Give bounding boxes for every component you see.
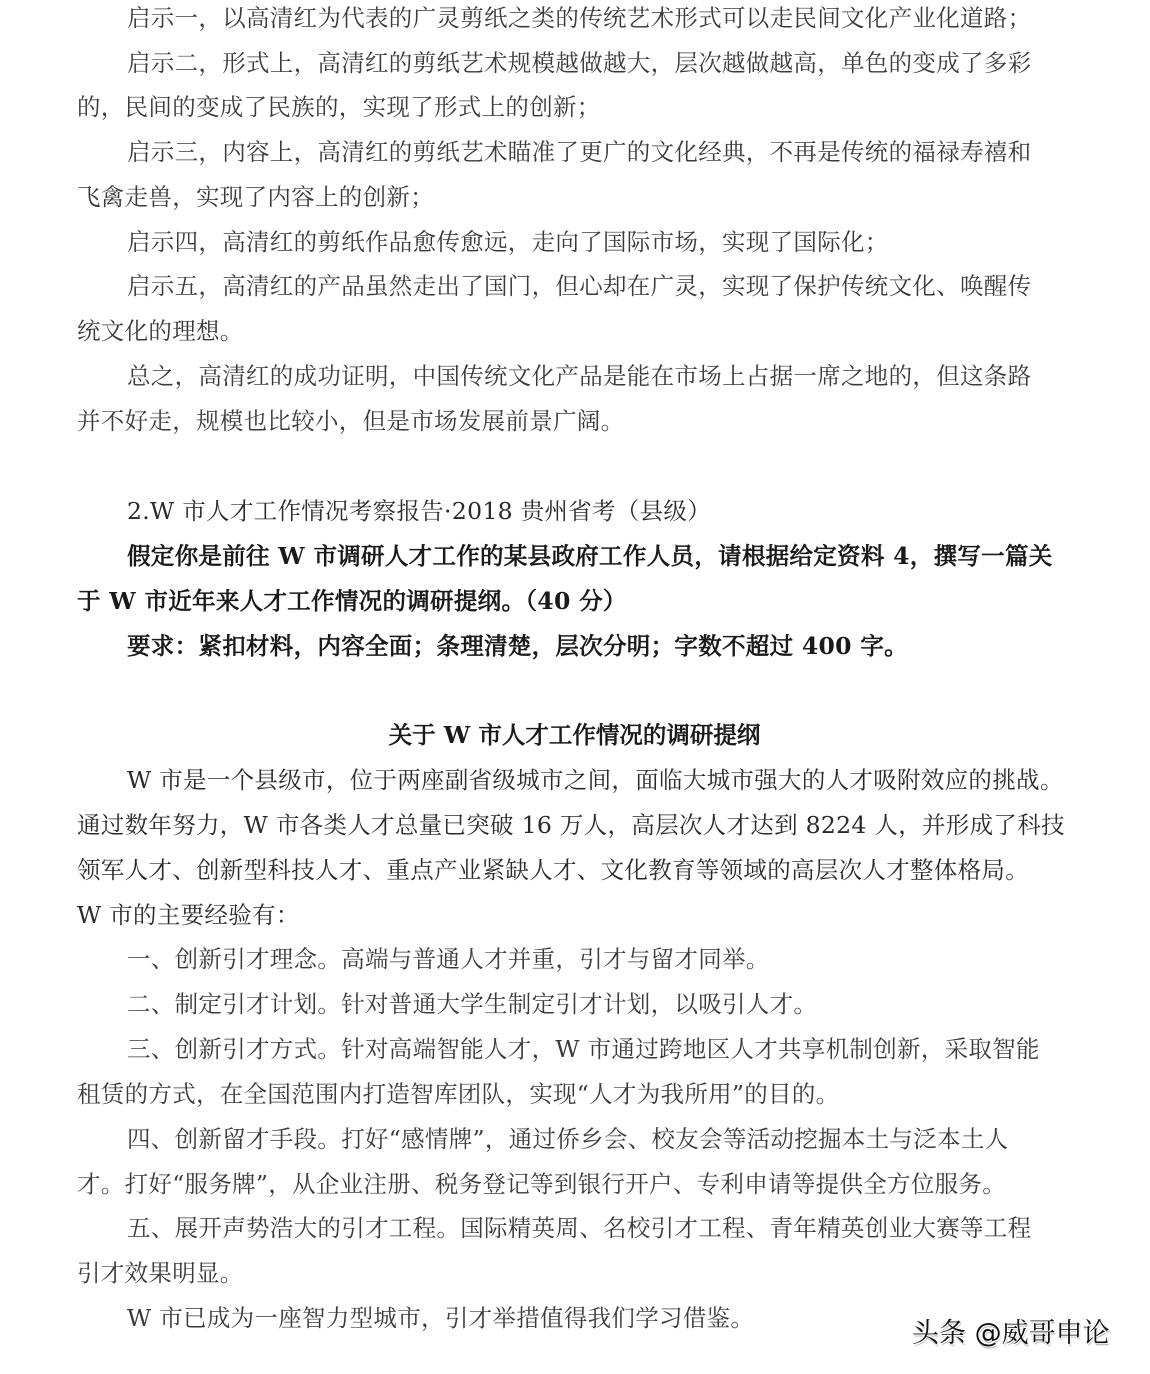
answer-title: 关于 W 市人才工作情况的调研提纲	[77, 720, 1072, 750]
answer-intro-line-1: W 市是一个县级市，位于两座副省级城市之间，面临大城市强大的人才吸附效应的挑战。	[127, 765, 1064, 795]
question-heading: 2.W 市人才工作情况考察报告·2018 贵州省考（县级）	[127, 496, 711, 526]
insight-4-line-1: 启示四，高清红的剪纸作品愈传愈远，走向了国际市场，实现了国际化；	[127, 227, 889, 257]
insight-5-line-2: 统文化的理想。	[77, 316, 244, 346]
insight-5-line-1: 启示五，高清红的产品虽然走出了国门，但心却在广灵，实现了保护传统文化、唤醒传	[127, 271, 1031, 301]
insight-3-line-1: 启示三，内容上，高清红的剪纸艺术瞄准了更广的文化经典，不再是传统的福禄寿禧和	[127, 137, 1031, 167]
insight-2-line-1: 启示二，形式上，高清红的剪纸艺术规模越做越大，层次越做越高，单色的变成了多彩	[127, 48, 1031, 78]
question-prompt-line-2: 于 W 市近年来人才工作情况的调研提纲。（40 分）	[77, 586, 627, 616]
point-1-line-1: 一、创新引才理念。高端与普通人才并重，引才与留才同举。	[127, 944, 770, 974]
watermark: 头条 @威哥申论	[912, 1318, 1110, 1350]
answer-intro-line-4: W 市的主要经验有：	[77, 900, 300, 930]
point-4-line-1: 四、创新留才手段。打好“感情牌”，通过侨乡会、校友会等活动挖掘本土与泛本土人	[127, 1124, 1008, 1154]
insight-2-line-2: 的，民间的变成了民族的，实现了形式上的创新；	[77, 92, 601, 122]
summary-line-1: 总之，高清红的成功证明，中国传统文化产品是能在市场上占据一席之地的，但这条路	[127, 361, 1031, 391]
summary-line-2: 并不好走，规模也比较小，但是市场发展前景广阔。	[77, 406, 624, 436]
insight-1-line-1: 启示一，以高清红为代表的广灵剪纸之类的传统艺术形式可以走民间文化产业化道路；	[127, 3, 1031, 33]
point-3-line-2: 租赁的方式，在全国范围内打造智库团队，实现“人才为我所用”的目的。	[77, 1079, 839, 1109]
question-requirements: 要求：紧扣材料，内容全面；条理清楚，层次分明；字数不超过 400 字。	[127, 631, 908, 661]
point-5-line-1: 五、展开声势浩大的引才工程。国际精英周、名校引才工程、青年精英创业大赛等工程	[127, 1213, 1031, 1243]
answer-conclusion: W 市已成为一座智力型城市，引才举措值得我们学习借鉴。	[127, 1303, 754, 1333]
point-4-line-2: 才。打好“服务牌”，从企业注册、税务登记等到银行开户、专利申请等提供全方位服务。	[77, 1169, 1006, 1199]
point-5-line-2: 引才效果明显。	[77, 1258, 244, 1288]
point-2-line-1: 二、制定引才计划。针对普通大学生制定引才计划，以吸引人才。	[127, 989, 817, 1019]
answer-intro-line-2: 通过数年努力，W 市各类人才总量已突破 16 万人，高层次人才达到 8224 人…	[77, 810, 1065, 840]
point-3-line-1: 三、创新引才方式。针对高端智能人才，W 市通过跨地区人才共享机制创新，采取智能	[127, 1034, 1040, 1064]
insight-3-line-2: 飞禽走兽，实现了内容上的创新；	[77, 182, 434, 212]
question-prompt-line-1: 假定你是前往 W 市调研人才工作的某县政府工作人员，请根据给定资料 4，撰写一篇…	[127, 541, 1053, 571]
answer-intro-line-3: 领军人才、创新型科技人才、重点产业紧缺人才、文化教育等领域的高层次人才整体格局。	[77, 855, 1029, 885]
